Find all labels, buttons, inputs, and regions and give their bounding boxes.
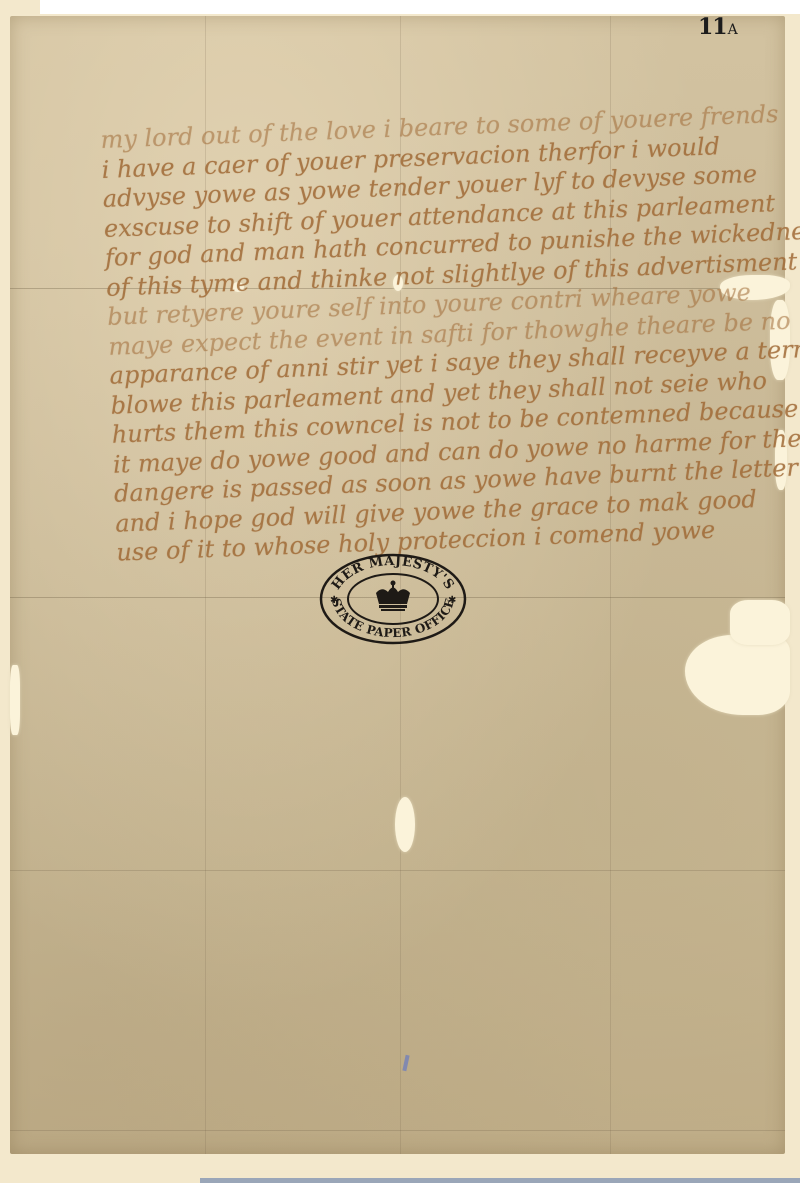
scan-bottom-strip	[200, 1178, 800, 1183]
crown-icon	[376, 581, 410, 612]
fold-crease-horizontal	[10, 1130, 785, 1131]
handwritten-letter: my lord out of the love i beare to some …	[100, 100, 800, 569]
folio-number: 11A	[698, 14, 737, 40]
folio-number-text: 11	[698, 14, 727, 40]
svg-text:✱: ✱	[330, 595, 338, 606]
svg-text:✱: ✱	[448, 595, 456, 606]
paper-torn-corner	[730, 600, 790, 645]
folio-suffix-text: A	[728, 22, 737, 38]
paper-hole	[395, 797, 415, 852]
state-paper-office-stamp: HER MAJESTY'S STATE PAPER OFFICE ✱ ✱	[318, 553, 468, 645]
scan-top-strip	[40, 0, 800, 14]
paper-edge-damage	[10, 665, 20, 735]
fold-crease-horizontal	[10, 870, 785, 871]
